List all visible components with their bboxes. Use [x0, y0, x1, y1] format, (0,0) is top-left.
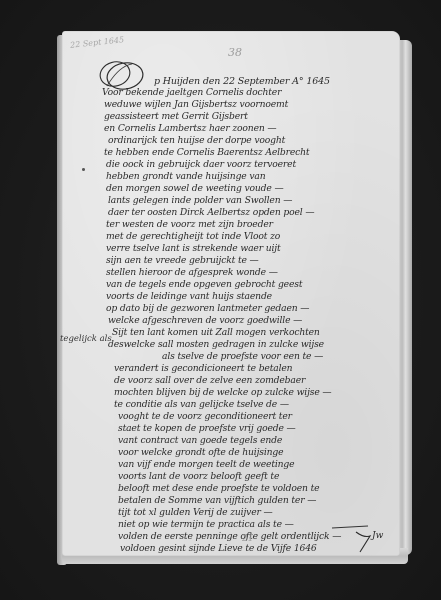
text-line: te conditie als van gelijcke tselve de —	[114, 399, 289, 410]
text-line: hebben grondt vande huijsinge van	[106, 171, 266, 182]
text-line: lants gelegen inde polder van Swollen —	[108, 195, 292, 206]
text-line: met de gerechtigheijt tot inde Vloot zo	[106, 231, 280, 242]
text-line: verre tselve lant is strekende waer uijt	[106, 243, 281, 254]
document-scan-viewport: 22 Sept 1645 38 p Huijden den 22 Septemb…	[0, 0, 441, 600]
text-line: betalen de Somme van vijftich gulden ter…	[118, 495, 316, 506]
text-line: op dato bij de gezworen lantmeter gedaen…	[106, 303, 309, 314]
text-line: voorts de leidinge vant huijs staende	[106, 291, 272, 302]
text-line: daer ter oosten Dirck Aelbertsz opden po…	[108, 207, 314, 218]
text-line: voorts lant de voorz belooft geeft te	[118, 471, 279, 482]
text-line: als tselve de proefste voor een te —	[162, 351, 323, 362]
text-line: voor welcke grondt ofte de huijsinge	[118, 447, 283, 458]
text-line: geassisteert met Gerrit Gijsbert	[104, 111, 248, 122]
text-line: die oock in gebruijck daer voorz tervoer…	[106, 159, 296, 170]
bottom-page-number: 21	[242, 534, 253, 544]
text-line: stellen hieroor de afgesprek wonde —	[106, 267, 278, 278]
text-line: vant contract van goede tegels ende	[118, 435, 282, 446]
text-line: verandert is gecondicioneert te betalen	[114, 363, 292, 374]
signature-paraph-icon: Jw	[330, 524, 390, 554]
text-line: mochten blijven bij de welcke op zulcke …	[114, 387, 331, 398]
text-line: weduwe wijlen Jan Gijsbertsz voornoemt	[104, 99, 288, 110]
text-line: tijt tot xl gulden Verij de zuijver —	[118, 507, 273, 518]
left-margin-note: tegelijck als	[60, 334, 112, 344]
archive-reference-pencil-note: 22 Sept 1645	[70, 35, 125, 50]
text-line: voldoen gesint sijnde Lieve te de Vijfe …	[120, 543, 317, 554]
text-line: en Cornelis Lambertsz haer zoonen —	[104, 123, 276, 134]
manuscript-page: 22 Sept 1645 38 p Huijden den 22 Septemb…	[62, 31, 400, 556]
text-line: vooght te de voorz geconditioneert ter	[118, 411, 292, 422]
svg-text:Jw: Jw	[370, 531, 384, 541]
text-line: belooft met dese ende proefste te voldoe…	[118, 483, 319, 494]
ink-dot	[82, 168, 85, 171]
text-line: sijn aen te vreede gebruijckt te —	[106, 255, 259, 266]
text-line: niet op wie termijn te practica als te —	[118, 519, 294, 530]
text-line: welcke afgeschreven de voorz goedwille —	[108, 315, 302, 326]
text-line: staet te kopen de proefste vrij goede —	[118, 423, 296, 434]
text-line: deswelcke sall mosten gedragen in zulcke…	[108, 339, 324, 350]
text-line: volden de eerste penninge ofte gelt orde…	[118, 531, 341, 542]
text-line: ter westen de voorz met zijn broeder	[106, 219, 273, 230]
text-line: ordinarijck ten huijse der dorpe vooght	[108, 135, 285, 146]
text-line: p Huijden den 22 September A° 1645	[154, 76, 330, 87]
text-line: Voor bekende jaeltgen Cornelis dochter	[102, 87, 281, 98]
text-line: Sijt ten lant komen uit Zall mogen verko…	[112, 327, 320, 338]
text-line: van vijf ende morgen teelt de weetinge	[118, 459, 294, 470]
folio-number: 38	[228, 46, 242, 59]
text-line: te hebben ende Cornelis Baerentsz Aelbre…	[104, 147, 309, 158]
text-line: de voorz sall over de zelve een zomdebae…	[114, 375, 305, 386]
text-line: den morgen sowel de weeting voude —	[106, 183, 284, 194]
text-line: van de tegels ende opgeven gebrocht gees…	[106, 279, 302, 290]
